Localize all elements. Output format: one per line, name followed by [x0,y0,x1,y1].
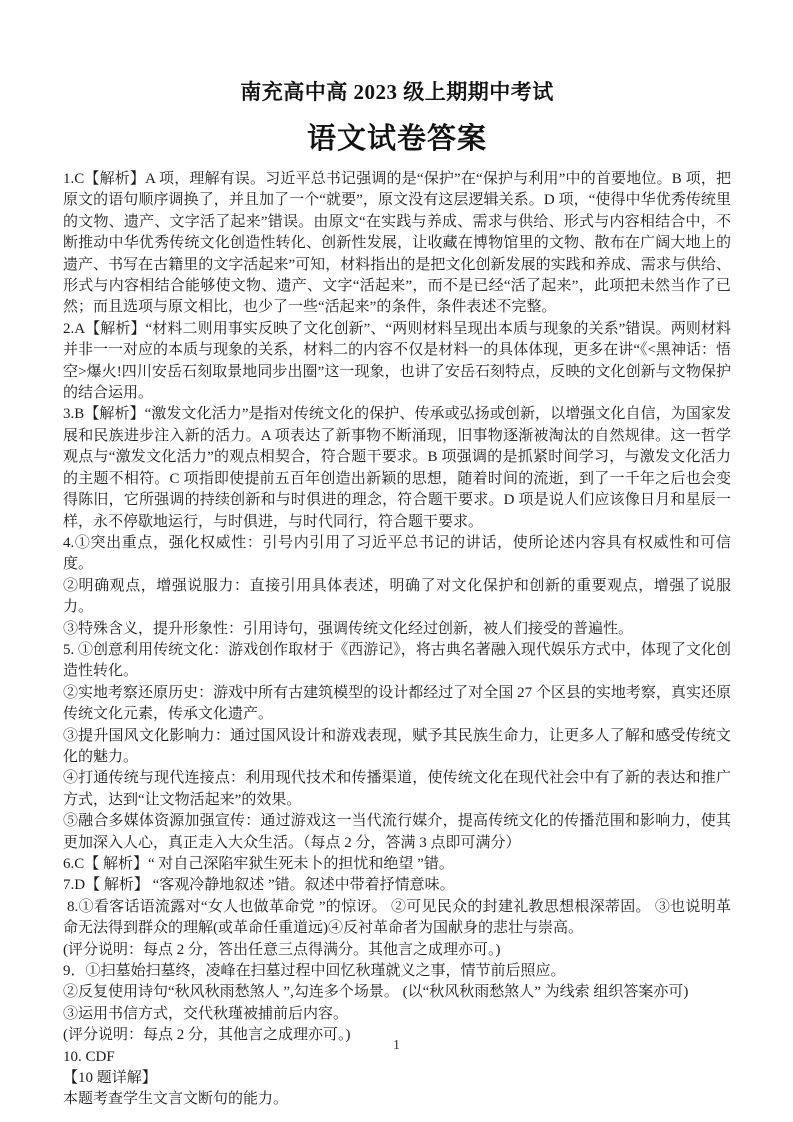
answers-body: 1.C【解析】A 项，理解有误。习近平总书记强调的是“保护”在“保护与利用”中的… [63,169,731,1111]
exam-answer-page: 南充高中高 2023 级上期期中考试 语文试卷答案 1.C【解析】A 项，理解有… [0,0,793,1122]
answer-paragraph: 8.①看客话语流露对“女人也做革命党 ”的惊讶。 ②可见民众的封建礼教思想根深蒂… [63,897,731,940]
answer-paragraph: 3.B【解析】“激发文化活力”是指对传统文化的保护、传承或弘扬或创新，以增强文化… [63,404,731,532]
answer-paragraph: ③特殊含义，提升形象性：引用诗句，强调传统文化经过创新，被人们接受的普遍性。 [63,619,731,640]
answer-paragraph: ②实地考察还原历史：游戏中所有古建筑模型的设计都经过了对全国 27 个区县的实地… [63,683,731,726]
answer-paragraph: 7.D【 解析】 “客观冷静地叙述 ”错。叙述中带着抒情意味。 [63,875,731,896]
page-number: 1 [0,1038,793,1054]
answer-paragraph: 1.C【解析】A 项，理解有误。习近平总书记强调的是“保护”在“保护与利用”中的… [63,169,731,319]
answer-paragraph: 本题考查学生文言文断句的能力。 [63,1089,731,1110]
answer-paragraph: 【10 题详解】 [63,1068,731,1089]
answer-paragraph: ⑤融合多媒体资源加强宣传：通过游戏这一当代流行媒介，提高传统文化的传播范围和影响… [63,811,731,854]
answer-paragraph: ②明确观点，增强说服力：直接引用具体表述，明确了对文化保护和创新的重要观点，增强… [63,576,731,619]
answer-paragraph: ②反复使用诗句“秋风秋雨愁煞人 ”,勾连多个场景。 (以“秋风秋雨愁煞人” 为线… [63,982,731,1003]
answer-paragraph: ③运用书信方式，交代秋瑾被捕前后内容。 [63,1004,731,1025]
answer-paragraph: 6.C【 解析】“ 对自己深陷牢狱生死未卜的担忧和绝望 ”错。 [63,854,731,875]
answer-paragraph: 2.A【解析】“材料二则用事实反映了文化创新”、“两则材料呈现出本质与现象的关系… [63,319,731,405]
answer-paragraph: 5. ①创意利用传统文化：游戏创作取材于《西游记》，将古典名著融入现代娱乐方式中… [63,640,731,683]
answer-paragraph: 4.①突出重点，强化权威性：引号内引用了习近平总书记的讲话，使所论述内容具有权威… [63,533,731,576]
answer-paragraph: (评分说明：每点 2 分，答出任意三点得满分。其他言之成理亦可。) [63,940,731,961]
document-title: 南充高中高 2023 级上期期中考试 [63,76,731,106]
document-subtitle: 语文试卷答案 [63,116,731,157]
answer-paragraph: ③提升国风文化影响力：通过国风设计和游戏表现，赋予其民族生命力，让更多人了解和感… [63,726,731,769]
answer-paragraph: ④打通传统与现代连接点：利用现代技术和传播渠道，使传统文化在现代社会中有了新的表… [63,768,731,811]
answer-paragraph: 9．①扫墓始扫墓终，凌峰在扫墓过程中回忆秋瑾就义之事，情节前后照应。 [63,961,731,982]
